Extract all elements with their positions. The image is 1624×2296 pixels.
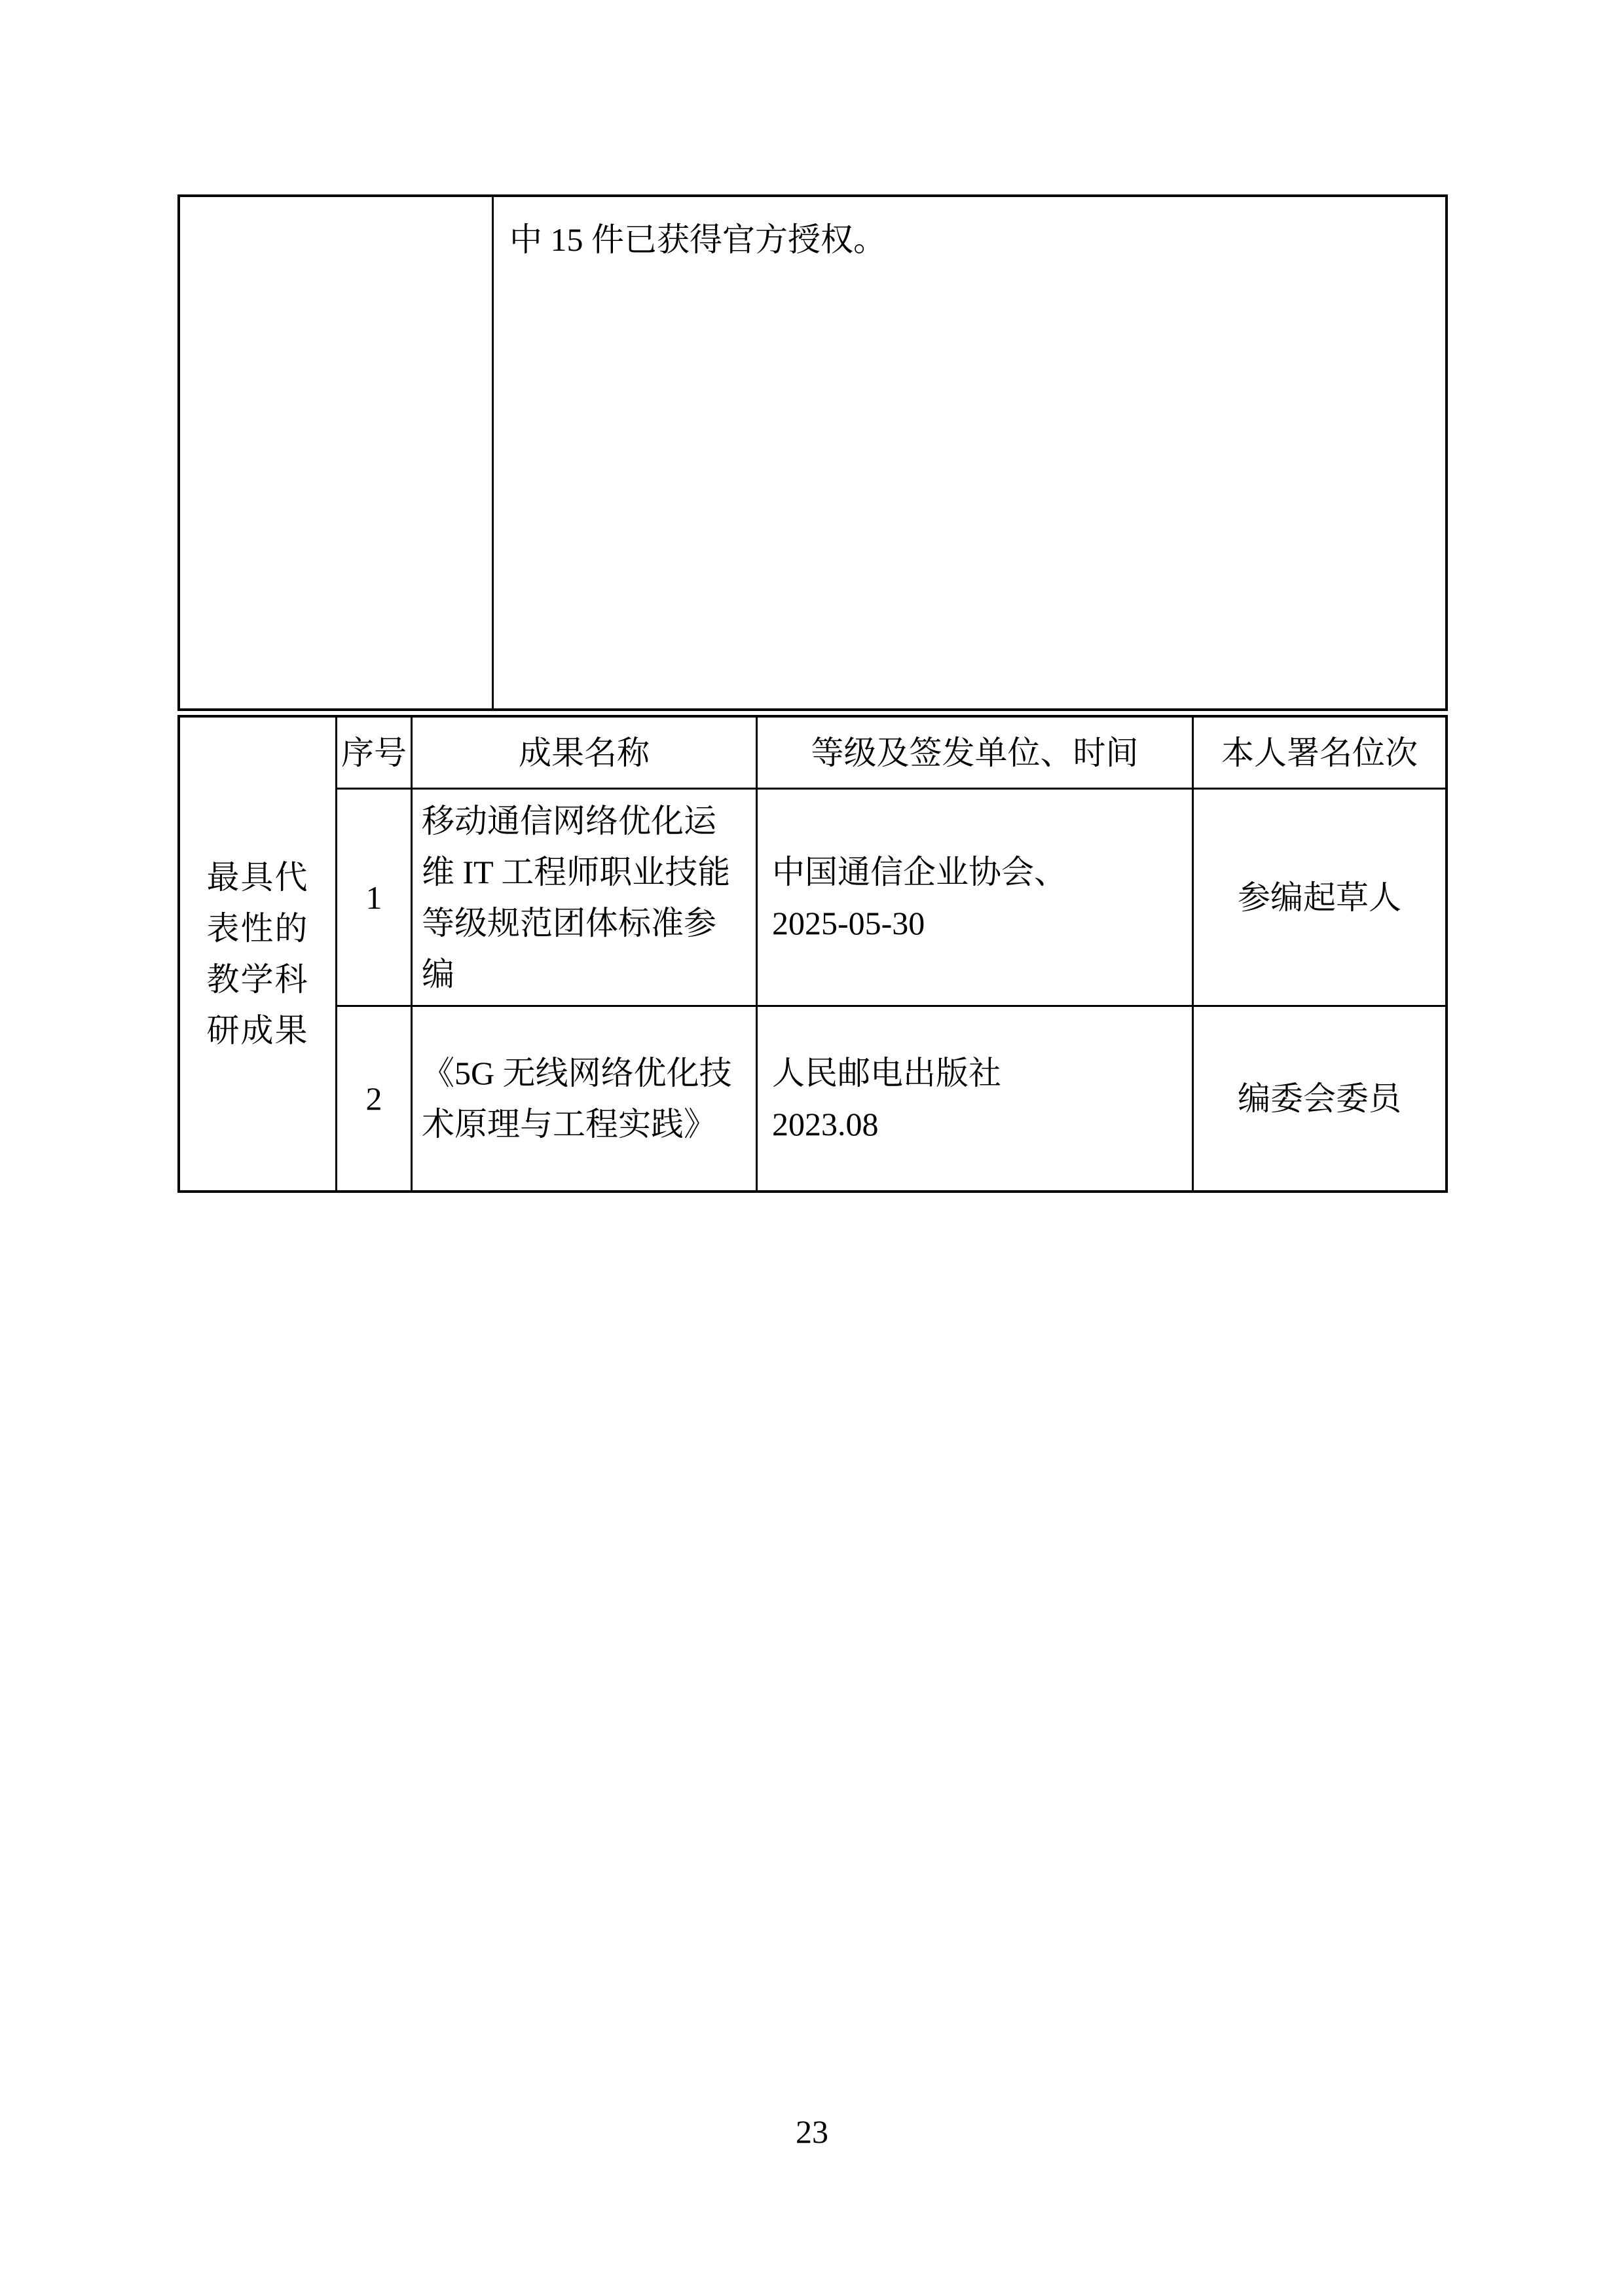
header-signature-position: 本人署名位次 — [1192, 718, 1445, 788]
row1-no: 1 — [335, 788, 411, 1005]
achievements-row-label: 最具代 表性的 教学科 研成果 — [180, 718, 335, 1190]
achievements-table: 最具代 表性的 教学科 研成果 序号 成果名称 等级及签发单位、时间 本人署名位… — [177, 715, 1448, 1193]
header-achievement-name: 成果名称 — [411, 718, 756, 788]
row2-no: 2 — [335, 1005, 411, 1190]
row2-achievement-name: 《5G 无线网络优化技 术原理与工程实践》 — [411, 1005, 756, 1190]
page-number: 23 — [0, 2113, 1624, 2150]
continuation-table: 中 15 件已获得官方授权。 — [177, 194, 1448, 711]
row2-signature-position: 编委会委员 — [1192, 1005, 1445, 1190]
continuation-content-cell: 中 15 件已获得官方授权。 — [494, 197, 1445, 708]
row2-issuer-time: 人民邮电出版社 2023.08 — [756, 1005, 1192, 1190]
header-no: 序号 — [335, 718, 411, 788]
row1-signature-position: 参编起草人 — [1192, 788, 1445, 1005]
row1-issuer-time: 中国通信企业协会、 2025-05-30 — [756, 788, 1192, 1005]
header-issuer-time: 等级及签发单位、时间 — [756, 718, 1192, 788]
continuation-label-cell-empty — [180, 197, 494, 708]
row1-achievement-name: 移动通信网络优化运 维 IT 工程师职业技能 等级规范团体标准参 编 — [411, 788, 756, 1005]
document-page: 中 15 件已获得官方授权。 最具代 表性的 教学科 研成果 序号 成果名称 等… — [0, 0, 1624, 2296]
